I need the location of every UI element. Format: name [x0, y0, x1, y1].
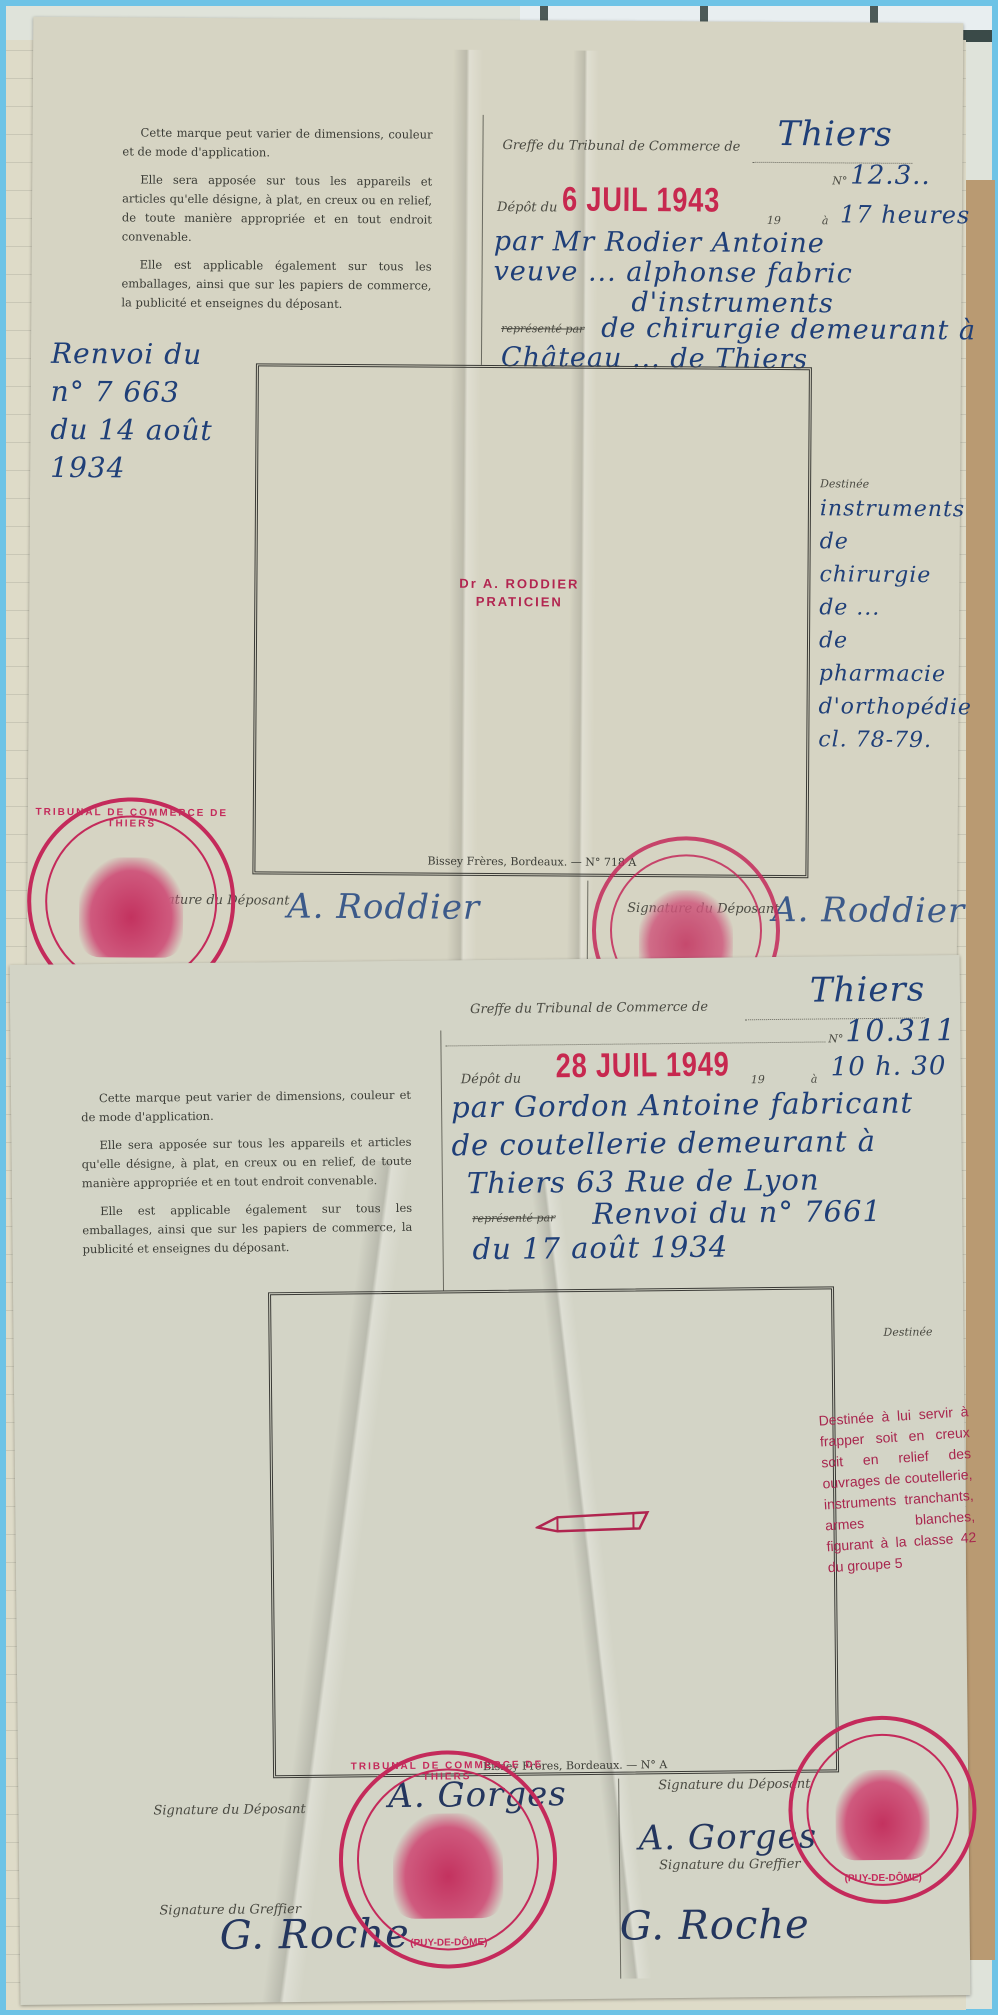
greffe-label: Greffe du Tribunal de Commerce de: [470, 1000, 708, 1017]
seal-bottom-text: (PUY-DE-DÔME): [344, 1936, 554, 1949]
notice-paragraph: Elle sera apposée sur tous les appareils…: [122, 170, 433, 248]
destinee-label: Destinée: [883, 1325, 932, 1339]
declaration-line: par Gordon Antoine fabricant: [451, 1086, 913, 1125]
declaration-line: veuve ... alphonse fabric: [493, 256, 852, 290]
margin-note-line: Renvoi du: [51, 335, 251, 374]
heure-value: 10 h. 30: [831, 1051, 947, 1082]
deposit-form-1: Cette marque peut varier de dimensions, …: [27, 17, 964, 983]
trademark-stamp-line: Dr A. RODDIER: [439, 575, 599, 594]
deposit-form-2: Cette marque peut varier de dimensions, …: [10, 955, 971, 2005]
year-label: 19: [767, 214, 781, 227]
destinee-line: instruments: [820, 492, 960, 526]
year-label: 19: [751, 1073, 765, 1086]
depot-label: Dépôt du: [497, 200, 557, 215]
declaration-line: de chirurgie demeurant à: [601, 313, 976, 347]
heure-label: à: [822, 214, 829, 227]
notice-paragraph: Cette marque peut varier de dimensions, …: [122, 123, 432, 163]
notice-paragraph: Elle sera apposée sur tous les appareils…: [81, 1133, 412, 1193]
signature-deposant: A. Roddier: [287, 887, 480, 928]
greffe-label: Greffe du Tribunal de Commerce de: [502, 138, 740, 155]
margin-note-line: du 14 août: [50, 411, 250, 450]
column-divider: [440, 1030, 444, 1290]
destinee-line: cl. 78-79.: [818, 723, 958, 757]
depot-date-stamp: 28 JUIL 1949: [555, 1045, 729, 1086]
greffe-city: Thiers: [777, 114, 893, 155]
destinee-line: d'orthopédie: [818, 690, 958, 724]
depot-date-stamp: 6 JUIL 1943: [562, 180, 720, 220]
declaration-line: du 17 août 1934: [472, 1229, 728, 1266]
signature-deposant-label: Signature du Déposant: [153, 1802, 305, 1819]
declaration-line: par Mr Rodier Antoine: [494, 226, 825, 259]
signature-deposant: A. Roddier: [772, 890, 965, 931]
numero-value: 10.311: [845, 1013, 956, 1049]
seal-text: TRIBUNAL DE COMMERCE DE THIERS: [342, 1759, 552, 1783]
destinee-stamp-text: Destinée à lui servir à frapper soit en …: [818, 1401, 978, 1578]
seal-text: TRIBUNAL DE COMMERCE DE THIERS: [32, 807, 232, 830]
trademark-stamp: Dr A. RODDIER PRATICIEN: [439, 575, 599, 612]
declaration-line: Renvoi du n° 7661: [592, 1194, 882, 1231]
notice-text: Cette marque peut varier de dimensions, …: [81, 1086, 413, 1268]
printer-credit: Bissey Frères, Bordeaux. — N° 718 A: [427, 855, 636, 869]
margin-note-line: n° 7 663: [51, 373, 251, 412]
greffe-city: Thiers: [810, 969, 926, 1010]
margin-note: Renvoi du n° 7 663 du 14 août 1934: [50, 335, 251, 488]
knife-mark-icon: [535, 1498, 655, 1539]
destinee-text: instruments de chirurgie de ... de pharm…: [818, 492, 960, 757]
signature-deposant-label: Signature du Déposant: [658, 1777, 810, 1794]
notice-text: Cette marque peut varier de dimensions, …: [121, 123, 432, 323]
declaration-line: de coutellerie demeurant à: [451, 1124, 876, 1162]
seal-figure: [835, 1770, 930, 1861]
seal-bottom-text: (PUY-DE-DÔME): [793, 1872, 973, 1885]
notice-paragraph: Elle est applicable également sur tous l…: [121, 255, 431, 314]
notice-paragraph: Elle est applicable également sur tous l…: [82, 1199, 413, 1259]
notice-paragraph: Cette marque peut varier de dimensions, …: [81, 1086, 411, 1127]
represente-label: représenté par: [472, 1211, 555, 1225]
numero-value: 12.3..: [850, 160, 931, 191]
represente-label: représenté par: [501, 322, 584, 336]
destinee-line: de pharmacie: [819, 624, 959, 691]
trademark-stamp-line: PRATICIEN: [439, 593, 599, 612]
destinee-label: Destinée: [820, 477, 869, 490]
numero-label: N°: [828, 1032, 843, 1045]
seal-figure: [393, 1813, 503, 1919]
signature-greffier: G. Roche: [619, 1902, 809, 1950]
numero-label: N°: [832, 174, 847, 187]
depot-label: Dépôt du: [461, 1072, 521, 1088]
destinee-line: de ...: [819, 591, 959, 625]
margin-note-line: 1934: [50, 449, 250, 488]
seal-figure: [79, 857, 184, 958]
tribunal-seal: (PUY-DE-DÔME): [787, 1715, 977, 1905]
destinee-line: de chirurgie: [819, 525, 959, 592]
signature-greffier-label: Signature du Greffier: [659, 1857, 801, 1873]
heure-value: 17 heures: [840, 200, 970, 229]
trademark-frame: [252, 363, 812, 878]
tribunal-seal: TRIBUNAL DE COMMERCE DE THIERS (PUY-DE-D…: [338, 1749, 558, 1969]
heure-label: à: [811, 1073, 818, 1086]
